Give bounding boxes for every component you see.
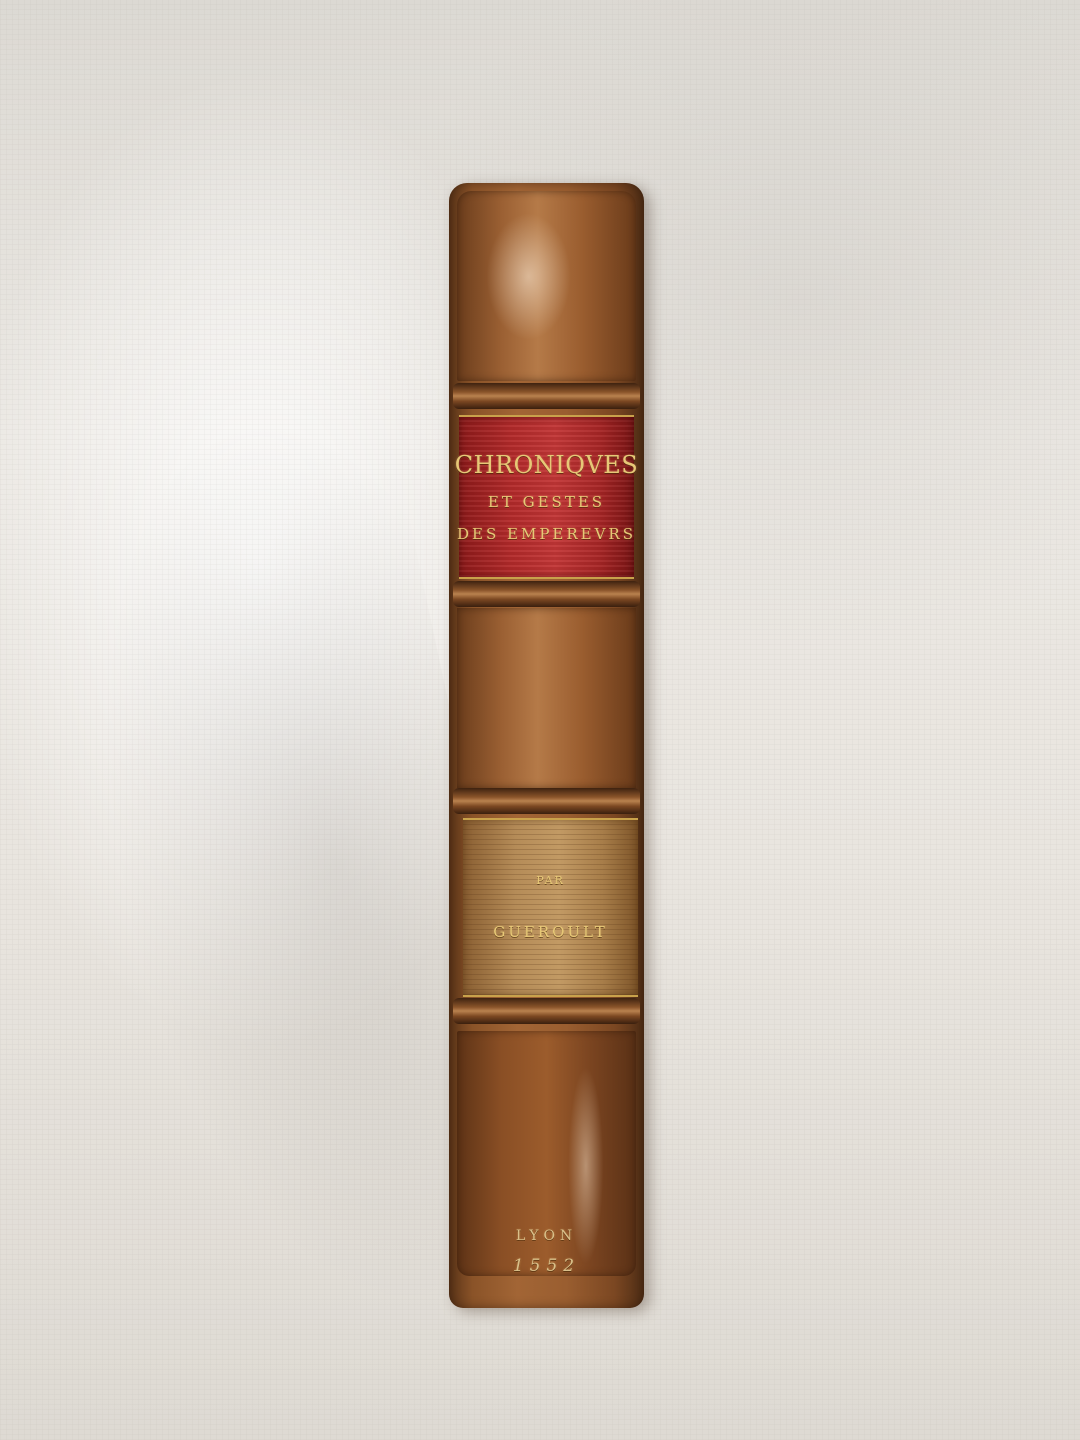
author-prefix: PAR <box>536 874 565 887</box>
photo-background: CHRONIQVES ET GESTES DES EMPEREVRS PAR G… <box>0 0 1080 1440</box>
title-label: CHRONIQVES ET GESTES DES EMPEREVRS <box>459 415 634 579</box>
imprint: LYON 1552 <box>449 1228 644 1276</box>
imprint-year: 1552 <box>513 1256 580 1276</box>
title-line-1: CHRONIQVES <box>455 451 639 479</box>
raised-band-2 <box>453 581 640 607</box>
raised-band-3 <box>453 788 640 814</box>
author-label: PAR GUEROULT <box>463 818 638 997</box>
imprint-place: LYON <box>516 1228 577 1244</box>
raised-band-4 <box>453 998 640 1024</box>
spine-head-panel <box>457 191 636 381</box>
book-spine: CHRONIQVES ET GESTES DES EMPEREVRS PAR G… <box>449 183 644 1308</box>
title-line-2: ET GESTES <box>488 493 605 511</box>
title-line-3: DES EMPEREVRS <box>457 525 636 543</box>
author-name: GUEROULT <box>493 923 608 941</box>
spine-middle-panel <box>457 608 636 788</box>
raised-band-1 <box>453 383 640 409</box>
